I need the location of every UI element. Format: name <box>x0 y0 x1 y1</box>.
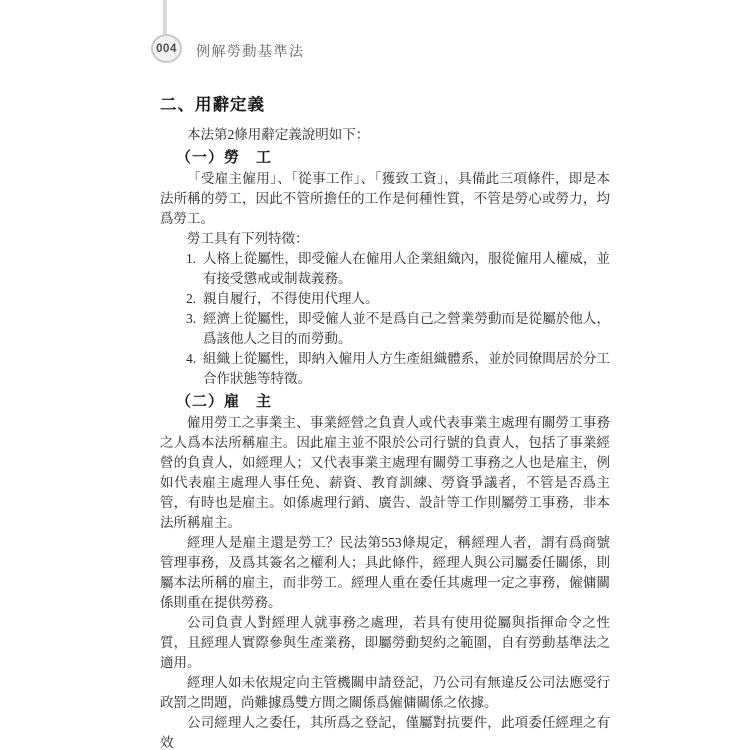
labor-contract-scope-paragraph: 公司負責人對經理人就事務之處理，若具有使用從屬與指揮命令之性質，且經理人實際參與… <box>160 613 610 673</box>
worker-definition-paragraph: 「受雇主僱用」、「從事工作」、「獲致工資」，具備此三項條件，即是本法所稱的勞工，… <box>160 169 610 229</box>
list-item: 組織上從屬性，即納入僱用人方生產組織體系，並於同僚間居於分工合作狀態等特徵。 <box>203 349 610 389</box>
worker-traits-list: 人格上從屬性，即受僱人在僱用人企業組織內，服從僱用人權威，並有接受懲戒或制裁義務… <box>160 249 610 389</box>
page-content: 二、用辭定義 本法第2條用辭定義說明如下： （一）勞 工 「受雇主僱用」、「從事… <box>160 95 610 750</box>
delegation-registration-paragraph: 公司經理人之委任，其所爲之登記，僅屬對抗要件，此項委任經理之有效 <box>160 713 610 750</box>
list-item: 經濟上從屬性，即受僱人並不是爲自己之營業勞動而是從屬於他人，爲該他人之目的而勞動… <box>203 309 610 349</box>
employer-definition-paragraph: 僱用勞工之事業主、事業經營之負責人或代表事業主處理有關勞工事務之人爲本法所稱雇主… <box>160 413 610 533</box>
section-title: 二、用辭定義 <box>160 95 610 116</box>
book-title: 例解勞動基準法 <box>196 41 305 61</box>
registration-paragraph: 經理人如未依規定向主管機關申請登記，乃公司有無違反公司法應受行政罰之問題，尚難據… <box>160 673 610 713</box>
manager-status-paragraph: 經理人是雇主還是勞工？民法第553條規定，稱經理人者，謂有爲商號管理事務，及爲其… <box>160 533 610 613</box>
worker-traits-lead-paragraph: 勞工具有下列特徵： <box>160 229 610 249</box>
subsection-employer-heading: （二）雇 主 <box>160 391 610 412</box>
header-stem-line <box>163 0 167 38</box>
subsection-worker-heading: （一）勞 工 <box>160 147 610 168</box>
intro-paragraph: 本法第2條用辭定義說明如下： <box>160 125 610 145</box>
list-item: 人格上從屬性，即受僱人在僱用人企業組織內，服從僱用人權威，並有接受懲戒或制裁義務… <box>203 249 610 289</box>
list-item: 親自履行，不得使用代理人。 <box>203 289 610 309</box>
page-number: 004 <box>156 43 177 55</box>
book-page: 004 例解勞動基準法 二、用辭定義 本法第2條用辭定義說明如下： （一）勞 工… <box>0 0 750 750</box>
page-number-badge: 004 <box>151 34 182 63</box>
